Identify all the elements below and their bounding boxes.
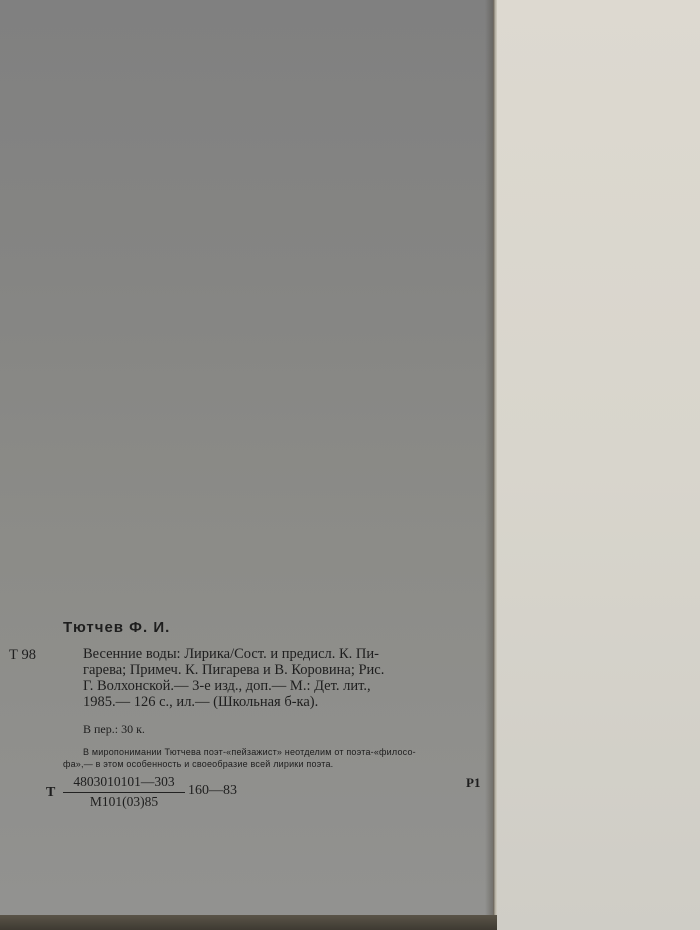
annotation-line: фа»,— в этом особенность и своеобразие в… bbox=[63, 758, 478, 770]
author-name: Тютчев Ф. И. bbox=[63, 619, 170, 636]
catalog-section: Р1 bbox=[466, 775, 480, 791]
page-shadow bbox=[485, 0, 493, 915]
price: В пер.: 30 к. bbox=[83, 722, 145, 737]
description-line: Весенние воды: Лирика/Сост. и предисл. К… bbox=[83, 646, 485, 662]
right-page-blank bbox=[497, 0, 700, 930]
catalog-letter: Т bbox=[46, 785, 55, 801]
description-line: гарева; Примеч. К. Пигарева и В. Коровин… bbox=[83, 662, 485, 678]
description-line: Г. Волхонской.— 3-е изд., доп.— М.: Дет.… bbox=[83, 678, 485, 694]
catalog-code: 160—83 bbox=[188, 783, 237, 799]
classification-code: Т 98 bbox=[9, 647, 36, 664]
catalog-denominator: М101(03)85 bbox=[63, 793, 185, 810]
description-line: 1985.— 126 с., ил.— (Школьная б-ка). bbox=[83, 694, 485, 710]
bibliographic-description: Весенние воды: Лирика/Сост. и предисл. К… bbox=[83, 646, 485, 710]
annotation-line: В миропонимании Тютчева поэт-«пейзажист»… bbox=[83, 746, 478, 758]
catalog-fraction: 4803010101—303 М101(03)85 bbox=[63, 774, 185, 810]
catalog-numerator: 4803010101—303 bbox=[63, 774, 185, 793]
page-bottom-edge bbox=[0, 915, 497, 930]
annotation: В миропонимании Тютчева поэт-«пейзажист»… bbox=[83, 746, 478, 770]
